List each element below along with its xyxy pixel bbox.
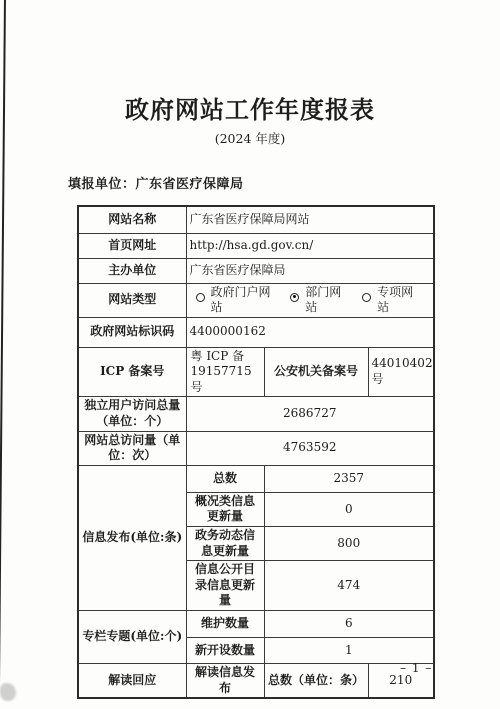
home-url-label: 首页网址 — [78, 233, 186, 258]
row-site-code: 政府网站标识码 4400000162 — [78, 317, 434, 347]
info-publish-value: 800 — [264, 527, 434, 561]
scanned-page: 政府网站工作年度报表 (2024 年度) 填报单位：广东省医疗保障局 网站名称 … — [0, 0, 500, 709]
site-type-option-label: 部门网站 — [305, 285, 350, 316]
info-publish-value: 2357 — [264, 465, 434, 492]
site-name-label: 网站名称 — [78, 206, 186, 233]
row-organizer: 主办单位 广东省医疗保障局 — [78, 258, 434, 283]
row-special-maintained: 专栏专题(单位:个) 维护数量 6 — [78, 611, 434, 638]
interpretation-sub-label: 解读信息发布 — [186, 664, 264, 699]
report-subtitle: (2024 年度) — [0, 129, 500, 147]
total-visits-value: 4763592 — [186, 431, 434, 465]
row-site-type: 网站类型 政府门户网站 部门网站 专项网站 — [78, 283, 434, 317]
info-publish-sub-label: 概况类信息更新量 — [186, 492, 264, 526]
filler-unit-line: 填报单位：广东省医疗保障局 — [68, 173, 244, 192]
page-number: – 1 – — [400, 661, 432, 675]
site-type-option-gov-portal: 政府门户网站 — [196, 285, 279, 316]
info-publish-sub-label: 政务动态信息更新量 — [186, 527, 264, 561]
row-total-visits: 网站总访问量（单位：次） 4763592 — [78, 431, 434, 465]
organizer-label: 主办单位 — [78, 258, 186, 283]
radio-button-icon — [290, 293, 299, 302]
icp-label: ICP 备案号 — [78, 347, 186, 397]
special-columns-value: 1 — [264, 638, 434, 664]
radio-button-icon — [196, 293, 205, 302]
site-name-value: 广东省医疗保障局网站 — [186, 206, 434, 233]
site-type-label: 网站类型 — [78, 283, 186, 317]
site-type-options-cell: 政府门户网站 部门网站 专项网站 — [186, 283, 434, 317]
info-publish-sub-label: 总数 — [186, 465, 264, 492]
police-record-label: 公安机关备案号 — [264, 347, 368, 397]
info-publish-value: 0 — [264, 492, 434, 526]
unique-visitors-value: 2686727 — [186, 397, 434, 431]
site-type-option-label: 专项网站 — [377, 285, 422, 316]
site-code-value: 4400000162 — [186, 317, 434, 347]
report-title: 政府网站工作年度报表 — [0, 90, 500, 125]
organizer-value: 广东省医疗保障局 — [186, 258, 434, 283]
site-type-option-department: 部门网站 — [290, 285, 350, 316]
row-home-url: 首页网址 http://hsa.gd.gov.cn/ — [78, 233, 434, 258]
filler-unit-value: 广东省医疗保障局 — [136, 177, 244, 192]
site-type-option-special: 专项网站 — [362, 285, 422, 316]
radio-button-icon — [362, 293, 371, 302]
total-visits-label: 网站总访问量（单位：次） — [78, 431, 186, 465]
row-interpretation: 解读回应 解读信息发布 总数（单位：条） 210 — [78, 664, 434, 699]
row-info-publish-total: 信息发布(单位:条) 总数 2357 — [78, 465, 434, 492]
annual-report-table: 网站名称 广东省医疗保障局网站 首页网址 http://hsa.gd.gov.c… — [77, 205, 435, 699]
filler-unit-label: 填报单位： — [68, 177, 136, 192]
unique-visitors-label: 独立用户访问总量（单位：个） — [78, 397, 186, 431]
site-code-label: 政府网站标识码 — [78, 317, 186, 347]
special-columns-sub-label: 维护数量 — [186, 611, 264, 638]
info-publish-value: 474 — [264, 561, 434, 611]
row-unique-visitors: 独立用户访问总量（单位：个） 2686727 — [78, 397, 434, 431]
interpretation-unit-label: 总数（单位：条） — [264, 664, 368, 699]
site-type-option-label: 政府门户网站 — [211, 285, 279, 316]
special-columns-group-label: 专栏专题(单位:个) — [78, 611, 186, 664]
interpretation-label: 解读回应 — [78, 664, 186, 699]
special-columns-value: 6 — [264, 611, 434, 638]
scan-artifact-smudge — [0, 683, 16, 701]
row-site-name: 网站名称 广东省医疗保障局网站 — [78, 206, 434, 233]
row-icp: ICP 备案号 粤 ICP 备 19157715 号 公安机关备案号 44010… — [78, 347, 434, 397]
icp-value: 粤 ICP 备 19157715 号 — [186, 347, 264, 397]
home-url-value: http://hsa.gd.gov.cn/ — [186, 233, 434, 258]
info-publish-sub-label: 信息公开目录信息更新量 — [186, 561, 264, 611]
special-columns-sub-label: 新开设数量 — [186, 638, 264, 664]
info-publish-group-label: 信息发布(单位:条) — [78, 465, 186, 610]
police-record-value: 44010402002040 号 — [368, 347, 434, 397]
